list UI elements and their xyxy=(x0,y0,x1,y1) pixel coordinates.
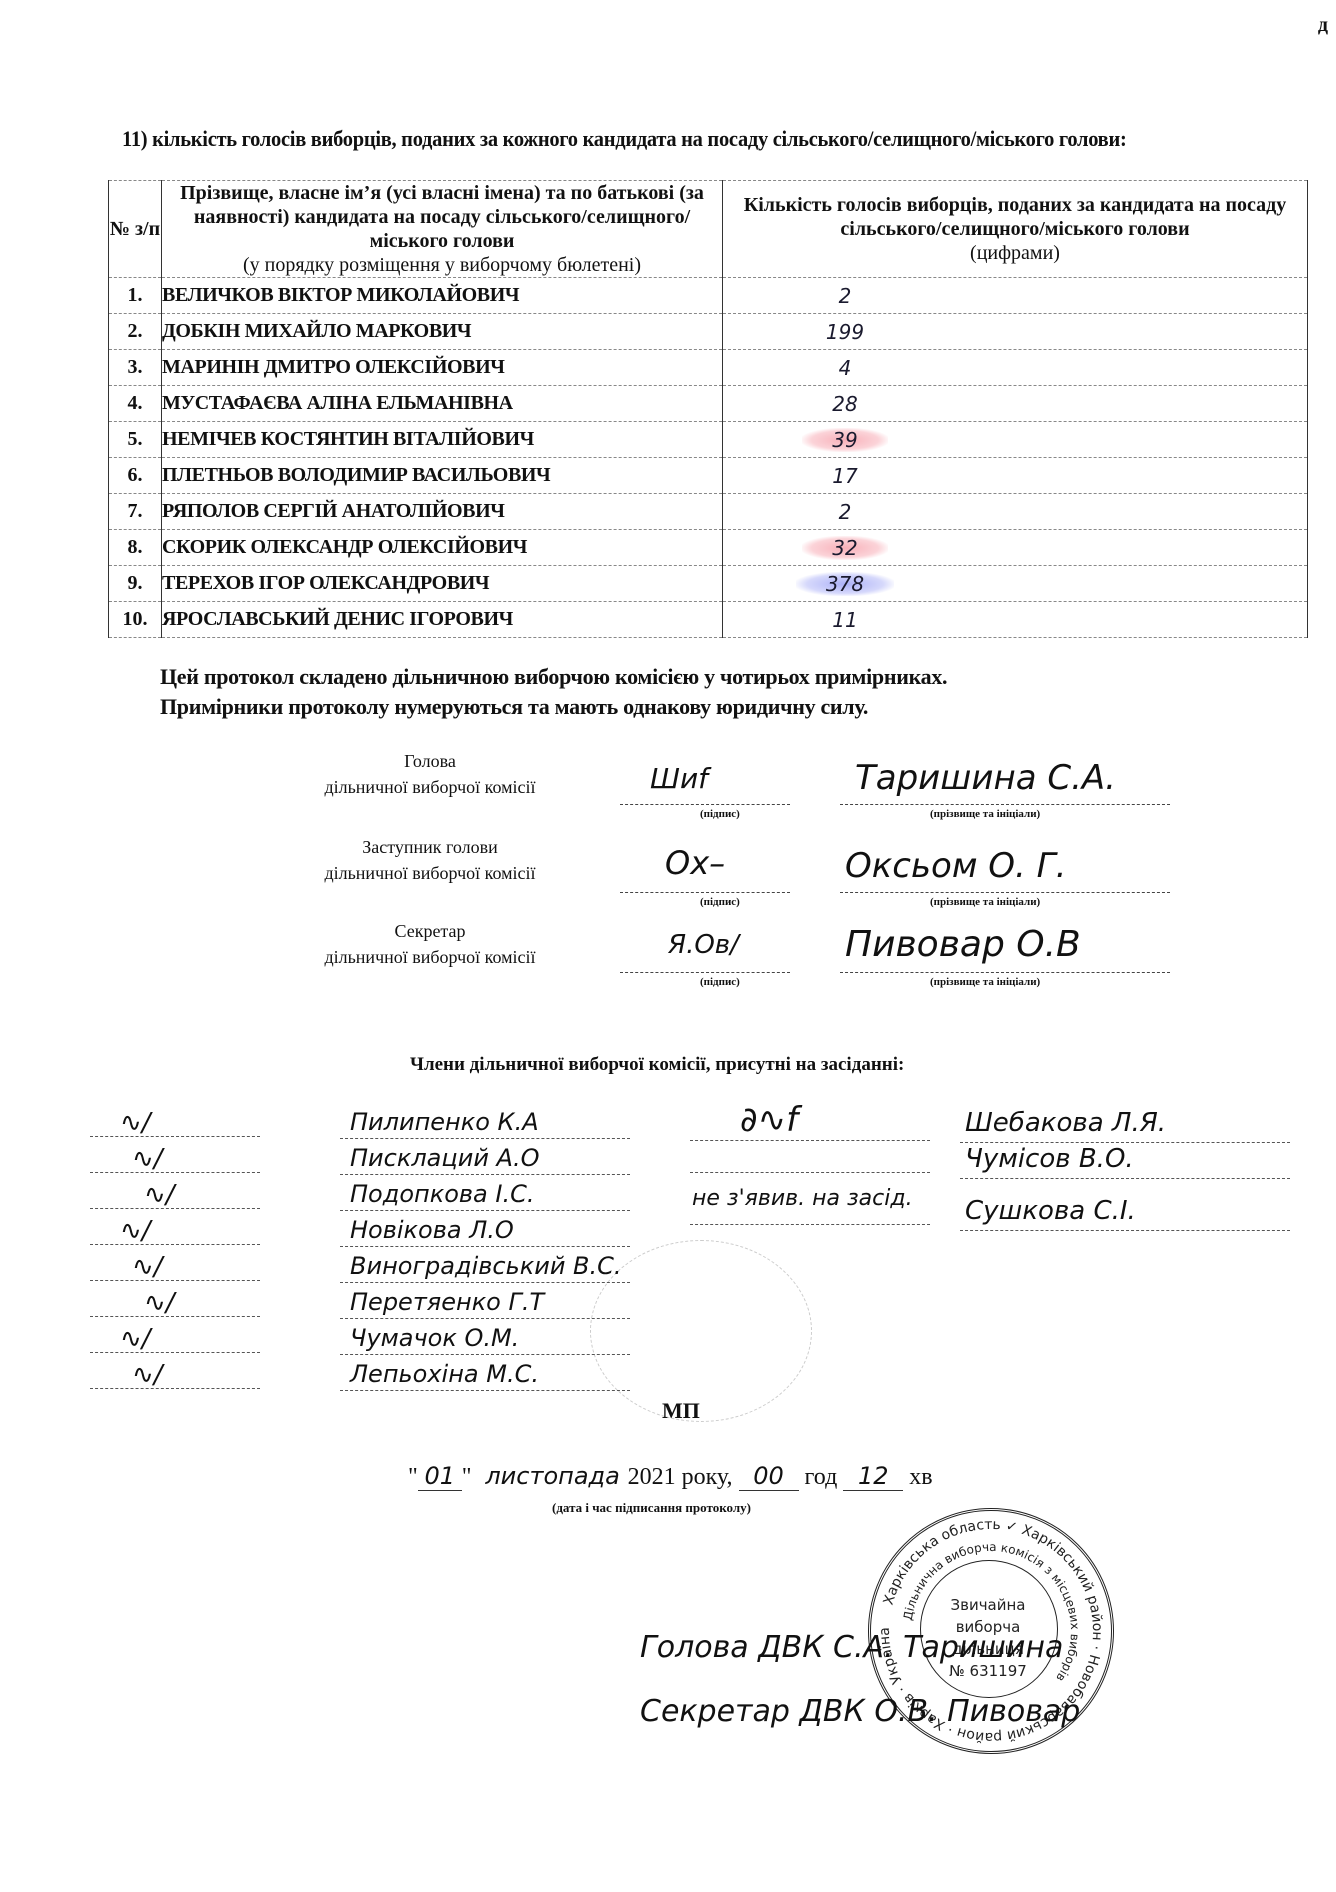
table-row: 3.МАРИНІН ДМИТРО ОЛЕКСІЙОВИЧ4 xyxy=(109,350,1308,386)
table-header-row: № з/п Прізвище, власне ім’я (усі власні … xyxy=(109,181,1308,278)
candidate-votes: 2 xyxy=(723,494,1308,530)
candidate-name: РЯПОЛОВ СЕРГІЙ АНАТОЛІЙОВИЧ xyxy=(162,494,723,530)
name-caption: (прізвище та ініціали) xyxy=(930,976,1040,988)
members-note: не з'явив. на засід. xyxy=(692,1186,913,1211)
member-name-line xyxy=(340,1282,630,1283)
member-signature-line xyxy=(690,1140,930,1141)
candidate-name: МУСТАФАЄВА АЛІНА ЕЛЬМАНІВНА xyxy=(162,386,723,422)
table-row: 8.СКОРИК ОЛЕКСАНДР ОЛЕКСІЙОВИЧ32 xyxy=(109,530,1308,566)
table-row: 6.ПЛЕТНЬОВ ВОЛОДИМИР ВАСИЛЬОВИЧ17 xyxy=(109,458,1308,494)
member-signature: ∿∕ xyxy=(120,1216,151,1246)
member-name-line xyxy=(340,1246,630,1247)
member-signature: ∿∕ xyxy=(132,1144,163,1174)
name-line xyxy=(840,972,1170,973)
member-name-line xyxy=(340,1318,630,1319)
member-name: Пилипенко К.А xyxy=(350,1108,539,1136)
vote-count: 4 xyxy=(809,356,882,380)
role-line: Голова xyxy=(280,748,580,774)
member-name: Писклаций А.О xyxy=(350,1144,539,1172)
date-month: листопада xyxy=(478,1462,628,1490)
candidate-name: СКОРИК ОЛЕКСАНДР ОЛЕКСІЙОВИЧ xyxy=(162,530,723,566)
member-signature: ∿∕ xyxy=(144,1180,175,1210)
signature-line xyxy=(620,892,790,893)
minutes-label: хв xyxy=(909,1464,932,1490)
candidate-votes: 378 xyxy=(723,566,1308,602)
hours-label: год xyxy=(805,1464,838,1490)
member-signature-line xyxy=(90,1280,260,1281)
row-number: 9. xyxy=(109,566,162,602)
table-row: 10.ЯРОСЛАВСЬКИЙ ДЕНИС ІГОРОВИЧ11 xyxy=(109,602,1308,638)
member-signature-line xyxy=(690,1224,930,1225)
member-name: Чумачок О.М. xyxy=(350,1324,519,1352)
row-number: 1. xyxy=(109,278,162,314)
member-name: Лепьохіна М.С. xyxy=(350,1360,539,1388)
candidate-name: ВЕЛИЧКОВ ВІКТОР МИКОЛАЙОВИЧ xyxy=(162,278,723,314)
name-caption: (прізвище та ініціали) xyxy=(930,808,1040,820)
member-signature-line xyxy=(90,1352,260,1353)
date-minutes: 12 xyxy=(843,1462,903,1491)
candidate-name: ТЕРЕХОВ ІГОР ОЛЕКСАНДРОВИЧ xyxy=(162,566,723,602)
signature-caption: (підпис) xyxy=(700,808,740,820)
row-number: 6. xyxy=(109,458,162,494)
member-signature-line xyxy=(90,1208,260,1209)
member-signature-line xyxy=(90,1244,260,1245)
date-caption: (дата і час підписання протоколу) xyxy=(552,1500,751,1516)
member-name: Новікова Л.О xyxy=(350,1216,514,1244)
table-row: 7.РЯПОЛОВ СЕРГІЙ АНАТОЛІЙОВИЧ2 xyxy=(109,494,1308,530)
row-number: 8. xyxy=(109,530,162,566)
bottom-signature-chair: Голова ДВК С.А. Таришина xyxy=(640,1630,1063,1665)
member-signature-line xyxy=(90,1316,260,1317)
table-row: 1.ВЕЛИЧКОВ ВІКТОР МИКОЛАЙОВИЧ2 xyxy=(109,278,1308,314)
official-secretary: Секретар дільничної виборчої комісії Я.О… xyxy=(280,918,1280,998)
member-signature-line xyxy=(90,1172,260,1173)
candidate-name: ПЛЕТНЬОВ ВОЛОДИМИР ВАСИЛЬОВИЧ xyxy=(162,458,723,494)
table-row: 5.НЕМІЧЕВ КОСТЯНТИН ВІТАЛІЙОВИЧ39 xyxy=(109,422,1308,458)
member-signature: ∿∕ xyxy=(144,1288,175,1318)
candidate-votes: 11 xyxy=(723,602,1308,638)
note-line: Примірники протоколу нумеруються та мают… xyxy=(160,692,947,722)
faint-stamp-imprint xyxy=(590,1240,812,1422)
vote-count: 11 xyxy=(802,608,887,632)
row-number: 10. xyxy=(109,602,162,638)
official-name: Оксьом О. Г. xyxy=(845,846,1066,886)
header-name-sub: (у порядку розміщення у виборчому бюлете… xyxy=(162,253,722,277)
vote-count: 2 xyxy=(809,284,882,308)
member-name: Чумісов В.О. xyxy=(965,1144,1134,1174)
candidate-name: ДОБКІН МИХАЙЛО МАРКОВИЧ xyxy=(162,314,723,350)
signature: Шиf xyxy=(650,762,708,795)
candidate-name: МАРИНІН ДМИТРО ОЛЕКСІЙОВИЧ xyxy=(162,350,723,386)
members-title: Члени дільничної виборчої комісії, прису… xyxy=(410,1054,904,1076)
role-line: Заступник голови xyxy=(280,834,580,860)
member-name: Шебакова Л.Я. xyxy=(965,1108,1166,1138)
table-row: 2.ДОБКІН МИХАЙЛО МАРКОВИЧ199 xyxy=(109,314,1308,350)
table-row: 4.МУСТАФАЄВА АЛІНА ЕЛЬМАНІВНА28 xyxy=(109,386,1308,422)
corner-mark: д xyxy=(1318,14,1328,37)
candidate-name: НЕМІЧЕВ КОСТЯНТИН ВІТАЛІЙОВИЧ xyxy=(162,422,723,458)
member-name: Виноградівський В.С. xyxy=(350,1252,622,1280)
official-role: Секретар дільничної виборчої комісії xyxy=(280,918,580,970)
row-number: 7. xyxy=(109,494,162,530)
header-name-main: Прізвище, власне ім’я (усі власні імена)… xyxy=(162,181,722,253)
header-votes-sub: (цифрами) xyxy=(723,241,1307,265)
role-line: дільничної виборчої комісії xyxy=(280,944,580,970)
results-table: № з/п Прізвище, власне ім’я (усі власні … xyxy=(108,180,1308,638)
member-name-line xyxy=(340,1210,630,1211)
signature-caption: (підпис) xyxy=(700,896,740,908)
official-role: Голова дільничної виборчої комісії xyxy=(280,748,580,800)
member-name: Перетяенко Г.Т xyxy=(350,1288,544,1316)
candidate-votes: 39 xyxy=(723,422,1308,458)
candidate-votes: 28 xyxy=(723,386,1308,422)
header-votes-main: Кількість голосів виборців, поданих за к… xyxy=(723,193,1307,241)
row-number: 3. xyxy=(109,350,162,386)
stamp-line: Звичайна xyxy=(928,1594,1048,1616)
role-line: Секретар xyxy=(280,918,580,944)
vote-count: 32 xyxy=(802,536,887,560)
vote-count: 2 xyxy=(809,500,882,524)
name-line xyxy=(840,892,1170,893)
member-signature: ∿∕ xyxy=(132,1252,163,1282)
vote-count: 17 xyxy=(802,464,887,488)
header-name: Прізвище, власне ім’я (усі власні імена)… xyxy=(162,181,723,278)
vote-count: 378 xyxy=(796,572,894,596)
date-day: 01 xyxy=(418,1462,462,1491)
member-signature: ∿∕ xyxy=(120,1324,151,1354)
signature-line xyxy=(620,804,790,805)
stamp-place-label: МП xyxy=(662,1398,700,1424)
candidate-votes: 2 xyxy=(723,278,1308,314)
vote-count: 199 xyxy=(796,320,894,344)
date-hours: 00 xyxy=(739,1462,799,1491)
signature-line xyxy=(620,972,790,973)
member-name-line xyxy=(960,1142,1290,1143)
role-line: дільничної виборчої комісії xyxy=(280,774,580,800)
table-row: 9.ТЕРЕХОВ ІГОР ОЛЕКСАНДРОВИЧ378 xyxy=(109,566,1308,602)
member-name-line xyxy=(340,1390,630,1391)
member-name-line xyxy=(340,1138,630,1139)
date-year: 2021 року, xyxy=(628,1464,733,1490)
member-name-line xyxy=(340,1354,630,1355)
role-line: дільничної виборчої комісії xyxy=(280,860,580,886)
member-name-line xyxy=(960,1178,1290,1179)
vote-count: 39 xyxy=(802,428,887,452)
signature-caption: (підпис) xyxy=(700,976,740,988)
candidate-votes: 4 xyxy=(723,350,1308,386)
header-votes: Кількість голосів виборців, поданих за к… xyxy=(723,181,1308,278)
candidate-votes: 32 xyxy=(723,530,1308,566)
candidate-votes: 199 xyxy=(723,314,1308,350)
name-caption: (прізвище та ініціали) xyxy=(930,896,1040,908)
member-name-line xyxy=(340,1174,630,1175)
official-role: Заступник голови дільничної виборчої ком… xyxy=(280,834,580,886)
signature: Ох– xyxy=(665,844,725,882)
bottom-signature-secretary: Секретар ДВК О.В. Пивовар xyxy=(640,1694,1080,1729)
member-name: Подопкова І.С. xyxy=(350,1180,534,1208)
candidate-votes: 17 xyxy=(723,458,1308,494)
member-name: Сушкова С.І. xyxy=(965,1196,1136,1226)
official-name: Пивовар О.В xyxy=(845,924,1081,965)
candidate-name: ЯРОСЛАВСЬКИЙ ДЕНИС ІГОРОВИЧ xyxy=(162,602,723,638)
note-line: Цей протокол складено дільничною виборчо… xyxy=(160,662,947,692)
member-signature-line xyxy=(90,1388,260,1389)
member-signature: ∿∕ xyxy=(132,1360,163,1390)
name-line xyxy=(840,804,1170,805)
section-title: 11) кількість голосів виборців, поданих … xyxy=(122,126,1127,152)
protocol-note: Цей протокол складено дільничною виборчо… xyxy=(160,662,947,722)
row-number: 5. xyxy=(109,422,162,458)
signing-date: "01" листопада2021 року, 00 год 12 хв xyxy=(408,1462,933,1491)
row-number: 2. xyxy=(109,314,162,350)
official-name: Таришина С.А. xyxy=(855,758,1116,798)
member-signature-line xyxy=(690,1172,930,1173)
row-number: 4. xyxy=(109,386,162,422)
member-name-line xyxy=(960,1230,1290,1231)
member-signature-line xyxy=(90,1136,260,1137)
member-signature: ∿∕ xyxy=(120,1108,151,1138)
vote-count: 28 xyxy=(802,392,887,416)
header-no: № з/п xyxy=(109,181,162,278)
signature: Я.Ов/ xyxy=(668,930,739,960)
official-deputy: Заступник голови дільничної виборчої ком… xyxy=(280,834,1280,914)
member-signature: ∂∿f xyxy=(740,1100,798,1140)
official-chair: Голова дільничної виборчої комісії Шиf (… xyxy=(280,748,1280,828)
